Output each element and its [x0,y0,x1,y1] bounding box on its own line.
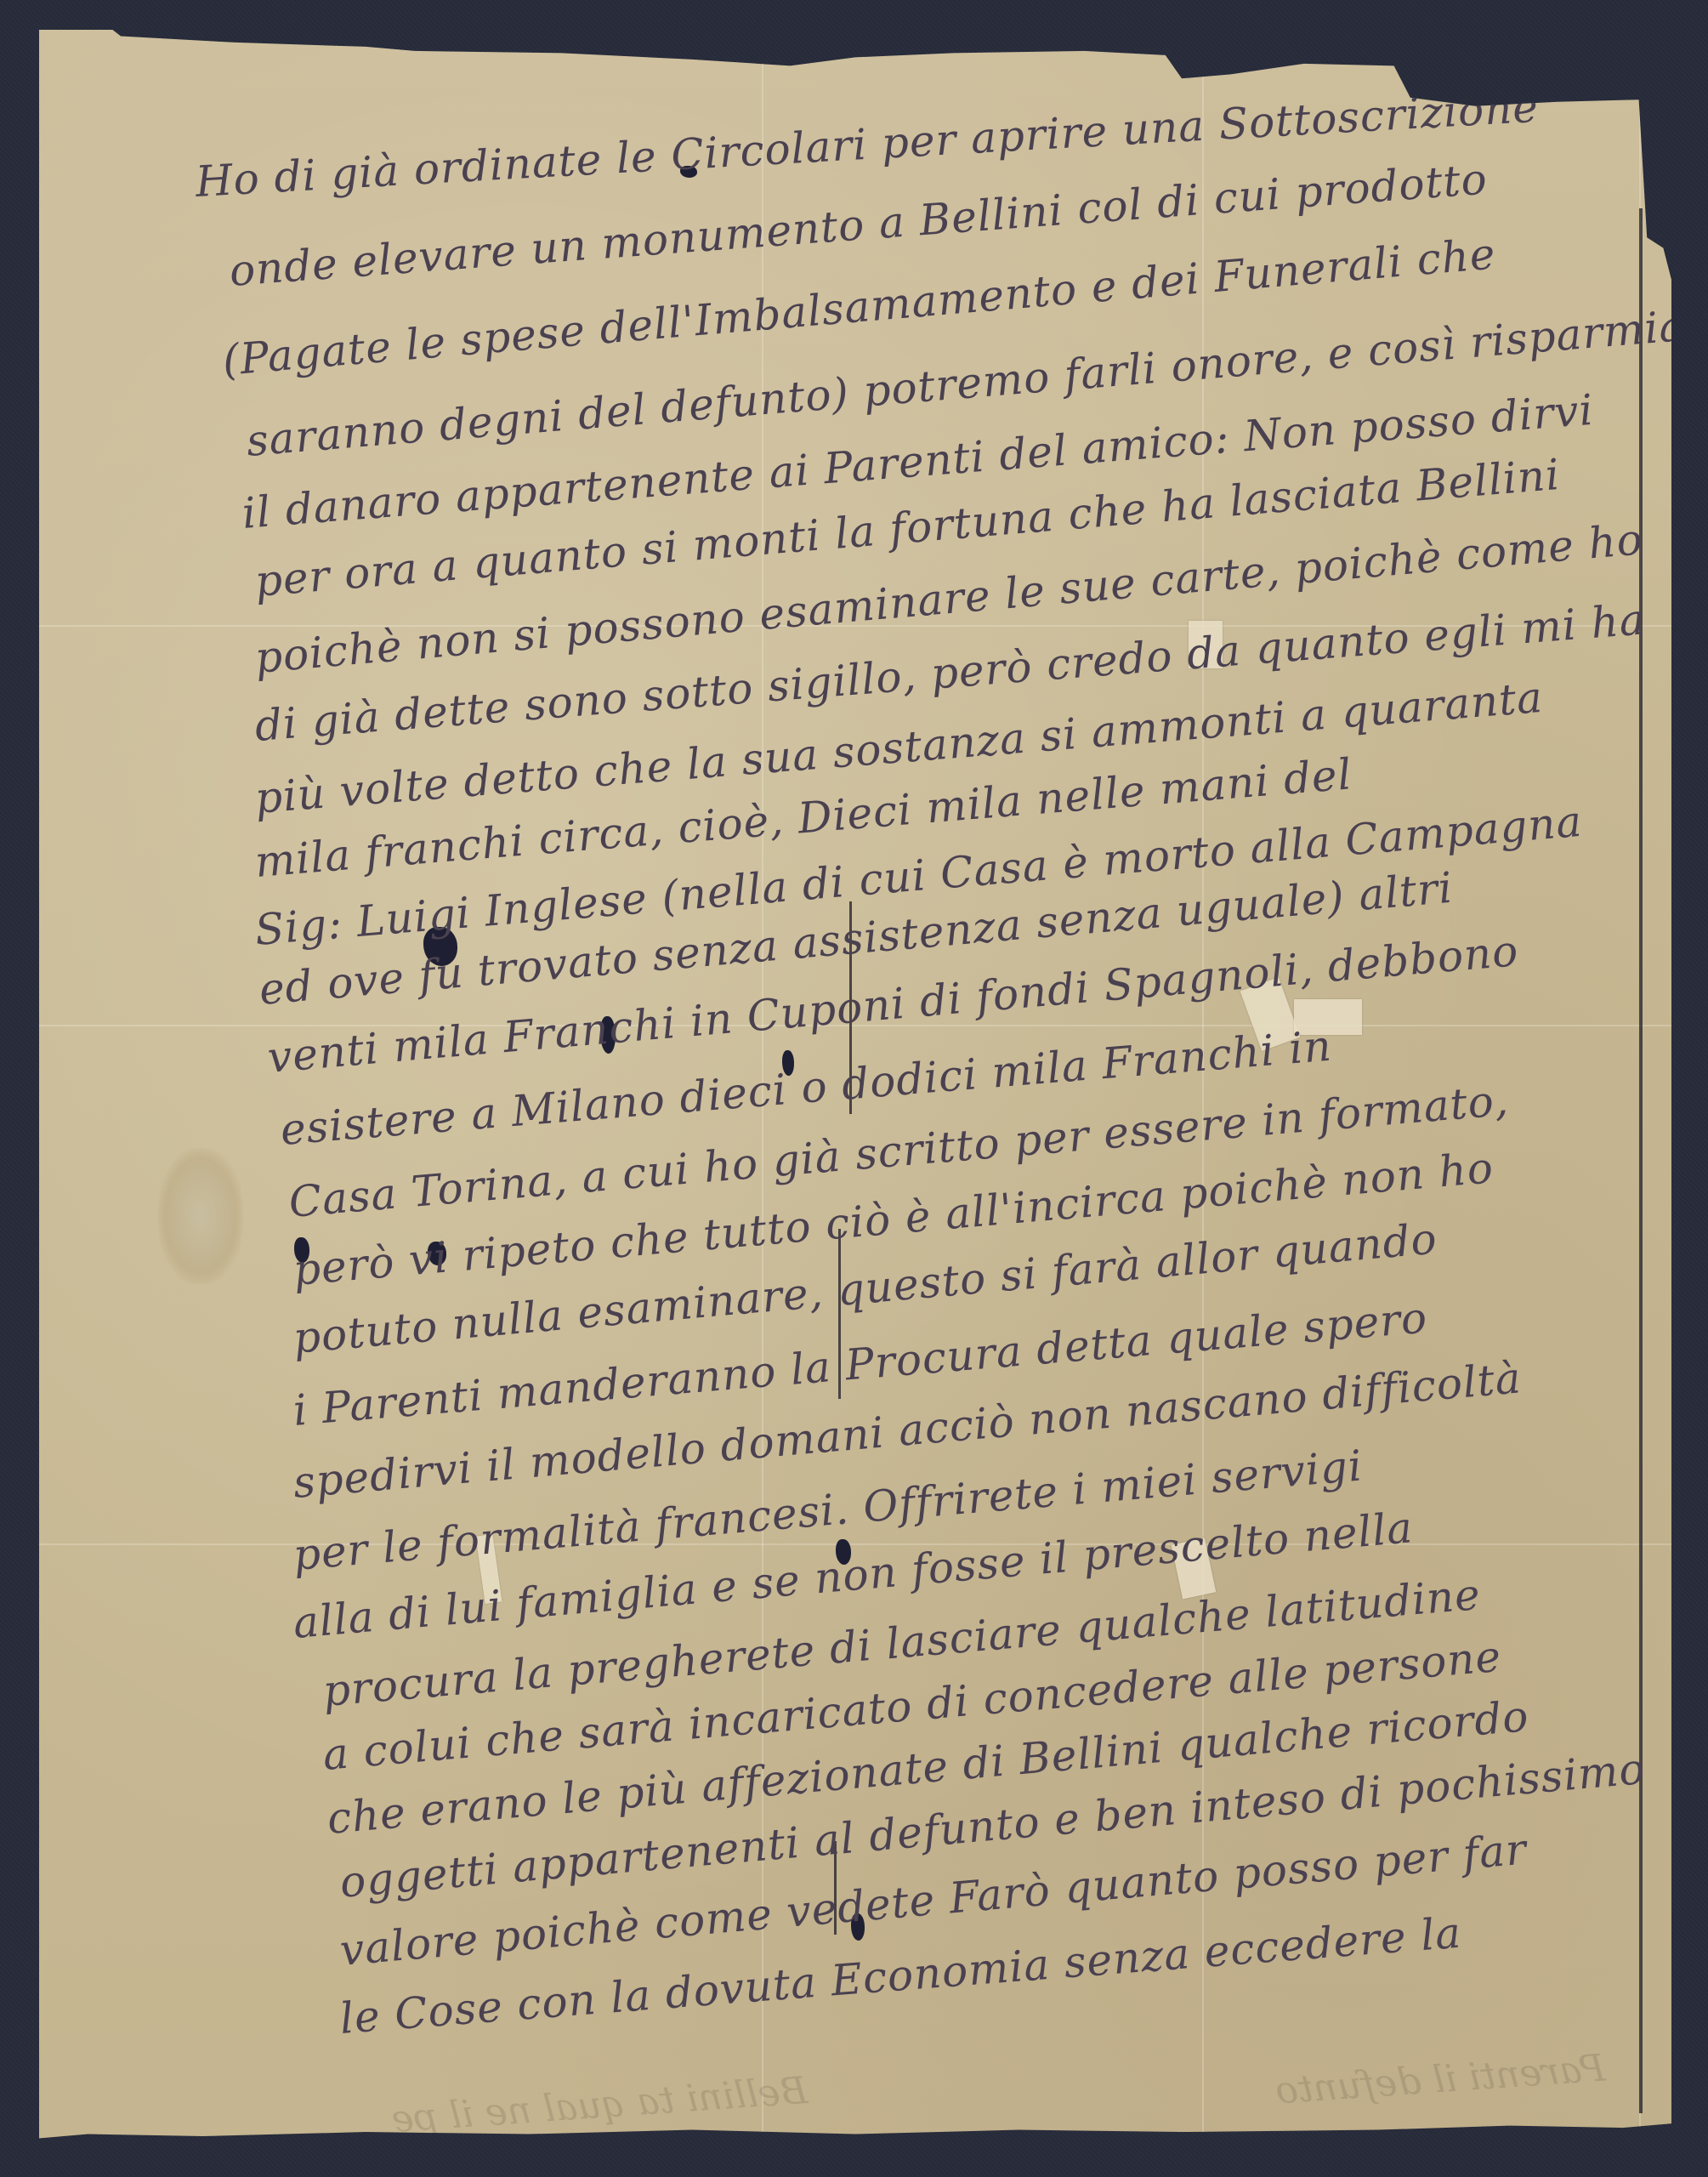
manuscript-page: Bellini ta qual ne il pe Parenti il defu… [39,26,1671,2145]
letter-body: Ho di già ordinate le Circolari per apri… [39,26,1671,2145]
